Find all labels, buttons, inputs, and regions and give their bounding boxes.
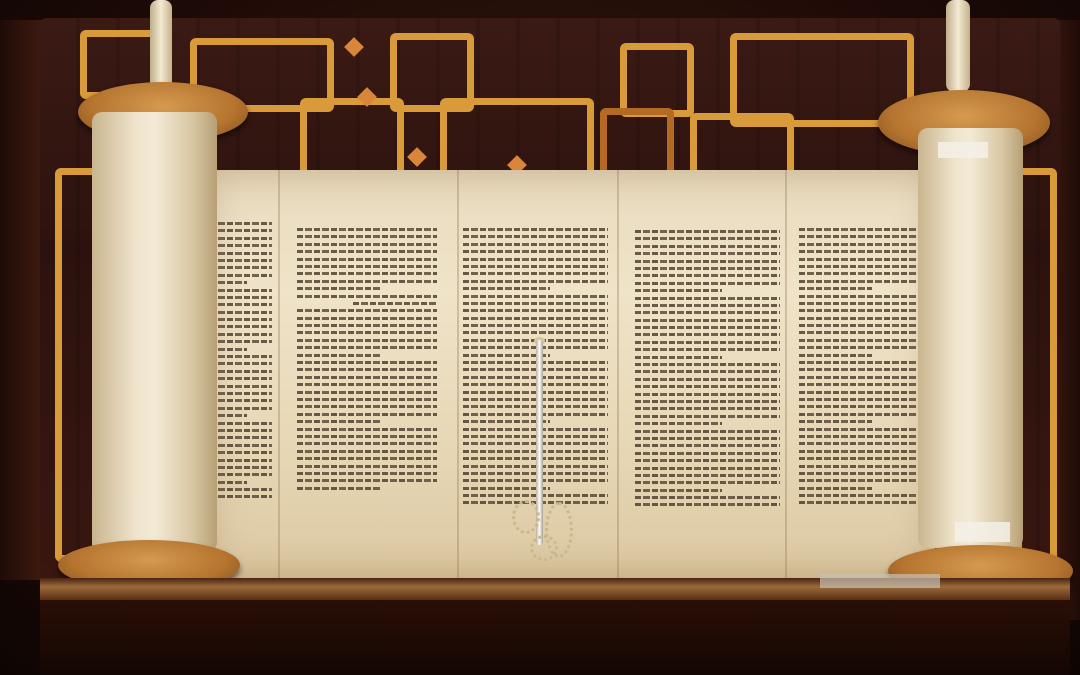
left-finial	[150, 0, 172, 90]
script-line	[799, 302, 921, 305]
script-line	[799, 420, 872, 423]
script-line	[799, 383, 921, 386]
script-line	[210, 244, 272, 247]
yad-chain	[512, 500, 540, 534]
script-line	[635, 474, 780, 477]
script-line	[799, 346, 921, 349]
script-line	[635, 245, 780, 248]
script-line	[463, 324, 608, 327]
script-line	[799, 228, 921, 231]
script-line	[297, 287, 381, 290]
script-line	[799, 428, 921, 431]
script-line	[635, 444, 780, 447]
script-line	[463, 258, 608, 261]
script-line	[799, 324, 921, 327]
script-line	[210, 333, 272, 336]
script-line	[210, 377, 272, 380]
text-column	[297, 228, 437, 494]
script-line	[635, 267, 780, 270]
script-line	[297, 420, 381, 423]
script-line	[297, 376, 437, 379]
script-line	[799, 361, 921, 364]
script-line	[635, 467, 780, 470]
script-line	[635, 274, 780, 277]
script-line	[635, 422, 722, 425]
script-line	[297, 479, 437, 482]
script-line	[799, 413, 921, 416]
script-line	[297, 398, 437, 401]
script-line	[463, 287, 550, 290]
script-line	[210, 229, 272, 232]
script-line	[799, 235, 921, 238]
script-line	[210, 422, 272, 425]
parchment-seam	[278, 170, 280, 580]
roller-label	[938, 142, 988, 158]
script-line	[297, 354, 381, 357]
script-line	[463, 235, 608, 238]
script-line	[635, 237, 780, 240]
script-line	[297, 280, 437, 283]
left-roller	[92, 112, 217, 552]
script-line	[635, 415, 780, 418]
script-line	[635, 452, 780, 455]
script-line	[799, 309, 921, 312]
script-line	[210, 252, 272, 255]
script-line	[635, 481, 780, 484]
script-line	[635, 400, 780, 403]
script-line	[635, 393, 780, 396]
script-line	[635, 260, 780, 263]
script-line	[799, 472, 921, 475]
script-line	[210, 444, 272, 447]
script-line	[297, 368, 437, 371]
script-line	[463, 331, 608, 334]
script-line	[297, 317, 437, 320]
script-line	[635, 503, 780, 506]
script-line	[463, 265, 608, 268]
script-line	[635, 363, 780, 366]
script-line	[210, 355, 272, 358]
script-line	[463, 250, 608, 253]
script-line	[210, 311, 272, 314]
parchment-seam	[785, 170, 787, 580]
torah-scroll-photo	[0, 0, 1080, 675]
script-line	[799, 398, 921, 401]
script-line	[210, 266, 272, 269]
roller-label	[955, 522, 1010, 542]
script-line	[799, 258, 921, 261]
script-line	[463, 228, 608, 231]
script-line	[463, 295, 608, 298]
script-line	[210, 466, 272, 469]
script-line	[297, 258, 437, 261]
script-line	[799, 391, 921, 394]
script-line	[210, 495, 272, 498]
script-line	[799, 295, 921, 298]
table-body	[40, 600, 1070, 675]
script-line	[635, 430, 780, 433]
script-line	[799, 465, 921, 468]
script-line	[799, 331, 921, 334]
script-line	[635, 319, 780, 322]
script-line	[635, 348, 780, 351]
script-line	[297, 391, 437, 394]
carpet-motif	[600, 108, 674, 177]
script-line	[799, 376, 921, 379]
right-finial	[946, 0, 970, 92]
script-line	[799, 442, 921, 445]
script-line	[210, 451, 272, 454]
script-line	[635, 311, 780, 314]
script-line	[210, 429, 272, 432]
script-line	[210, 488, 272, 491]
script-line	[210, 222, 272, 225]
script-line	[297, 465, 437, 468]
script-line	[297, 361, 437, 364]
script-line	[635, 356, 722, 359]
text-column	[210, 222, 272, 503]
script-line	[799, 339, 921, 342]
script-line	[635, 385, 780, 388]
script-line	[635, 282, 780, 285]
script-line	[635, 326, 780, 329]
script-line	[210, 370, 272, 373]
carpet-diamond	[407, 147, 427, 167]
script-line	[635, 304, 780, 307]
script-line	[463, 302, 608, 305]
script-line	[297, 487, 381, 490]
script-line	[210, 303, 272, 306]
script-line	[463, 272, 608, 275]
script-line	[297, 265, 437, 268]
script-line	[635, 496, 780, 499]
parchment-seam	[457, 170, 459, 580]
script-line	[297, 295, 437, 298]
script-line	[210, 318, 272, 321]
table-cloth	[820, 574, 940, 588]
script-line	[799, 479, 921, 482]
script-line	[635, 341, 780, 344]
carpet-motif	[620, 43, 694, 117]
script-line	[297, 346, 437, 349]
script-line	[297, 309, 437, 312]
script-line	[799, 487, 872, 490]
script-line	[297, 383, 437, 386]
script-line	[297, 457, 437, 460]
script-line	[210, 436, 272, 439]
script-line	[799, 243, 921, 246]
script-line	[799, 265, 921, 268]
script-line	[799, 317, 921, 320]
script-line	[297, 235, 437, 238]
script-line	[635, 378, 780, 381]
script-line	[210, 392, 272, 395]
script-line	[799, 354, 872, 357]
right-roller	[918, 128, 1023, 548]
script-line	[635, 489, 722, 492]
script-line	[799, 494, 921, 497]
carpet-diamond	[344, 37, 364, 57]
script-line	[297, 413, 437, 416]
script-line	[635, 230, 780, 233]
script-line	[297, 450, 437, 453]
script-line	[799, 287, 872, 290]
script-line	[635, 333, 780, 336]
script-line	[210, 296, 272, 299]
script-line	[463, 280, 608, 283]
script-line	[210, 459, 272, 462]
script-line	[635, 252, 780, 255]
script-line	[463, 243, 608, 246]
yad-chain	[530, 535, 558, 561]
script-line	[799, 450, 921, 453]
script-line	[297, 324, 437, 327]
script-line	[297, 442, 437, 445]
script-line	[297, 339, 437, 342]
script-line	[635, 437, 780, 440]
script-line	[210, 289, 272, 292]
script-line	[635, 289, 722, 292]
script-line	[799, 280, 921, 283]
script-line	[635, 297, 780, 300]
script-line	[635, 459, 780, 462]
script-line	[210, 259, 272, 262]
script-line	[210, 399, 272, 402]
script-line	[353, 302, 437, 305]
script-line	[210, 237, 272, 240]
script-line	[297, 228, 437, 231]
script-line	[210, 385, 272, 388]
script-line	[799, 457, 921, 460]
script-line	[210, 325, 272, 328]
script-line	[210, 407, 272, 410]
text-column	[635, 230, 780, 511]
script-line	[799, 405, 921, 408]
script-line	[297, 405, 437, 408]
script-line	[635, 370, 780, 373]
script-line	[210, 473, 272, 476]
script-line	[799, 250, 921, 253]
script-line	[297, 250, 437, 253]
script-line	[635, 407, 780, 410]
script-line	[210, 362, 272, 365]
script-line	[210, 340, 272, 343]
script-line	[297, 243, 437, 246]
script-line	[210, 274, 272, 277]
script-line	[799, 272, 921, 275]
script-line	[297, 472, 437, 475]
script-line	[297, 428, 437, 431]
script-line	[297, 272, 437, 275]
text-column	[799, 228, 921, 509]
script-line	[463, 309, 608, 312]
script-line	[799, 501, 921, 504]
script-line	[799, 368, 921, 371]
script-line	[463, 317, 608, 320]
script-line	[297, 435, 437, 438]
script-line	[297, 331, 437, 334]
script-line	[799, 435, 921, 438]
parchment-seam	[617, 170, 619, 580]
